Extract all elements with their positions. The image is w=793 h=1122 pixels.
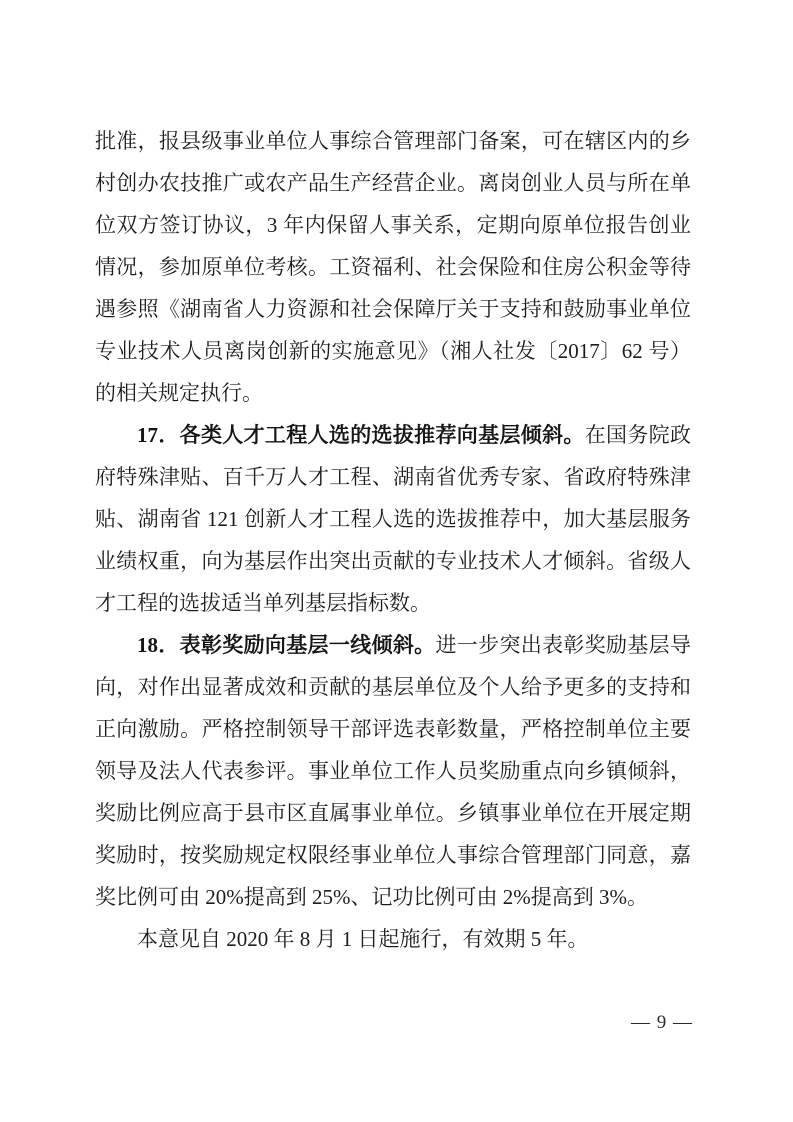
paragraph-text: 进一步突出表彰奖励基层导向，对作出显著成效和贡献的基层单位及个人给予更多的支持和… [95,633,691,909]
paragraph-lead-heading: 17．各类人才工程人选的选拔推荐向基层倾斜。 [137,423,585,447]
paragraph: 批准，报县级事业单位人事综合管理部门备案，可在辖区内的乡村创办农技推广或农产品生… [95,120,691,414]
document-page: 批准，报县级事业单位人事综合管理部门备案，可在辖区内的乡村创办农技推广或农产品生… [0,0,793,1122]
paragraph-lead-heading: 18．表彰奖励向基层一线倾斜。 [137,633,435,657]
paragraph-text: 在国务院政府特殊津贴、百千万人才工程、湖南省优秀专家、省政府特殊津贴、湖南省 1… [95,423,691,615]
paragraph: 本意见自 2020 年 8 月 1 日起施行，有效期 5 年。 [95,918,691,960]
page-footer: — 9 — [631,1010,693,1036]
paragraph-text: 本意见自 2020 年 8 月 1 日起施行，有效期 5 年。 [137,927,589,951]
paragraph: 17．各类人才工程人选的选拔推荐向基层倾斜。在国务院政府特殊津贴、百千万人才工程… [95,414,691,624]
page-number: — 9 — [631,1012,693,1033]
paragraph-text: 批准，报县级事业单位人事综合管理部门备案，可在辖区内的乡村创办农技推广或农产品生… [95,129,691,405]
paragraph: 18．表彰奖励向基层一线倾斜。进一步突出表彰奖励基层导向，对作出显著成效和贡献的… [95,624,691,918]
document-body: 批准，报县级事业单位人事综合管理部门备案，可在辖区内的乡村创办农技推广或农产品生… [95,120,691,960]
